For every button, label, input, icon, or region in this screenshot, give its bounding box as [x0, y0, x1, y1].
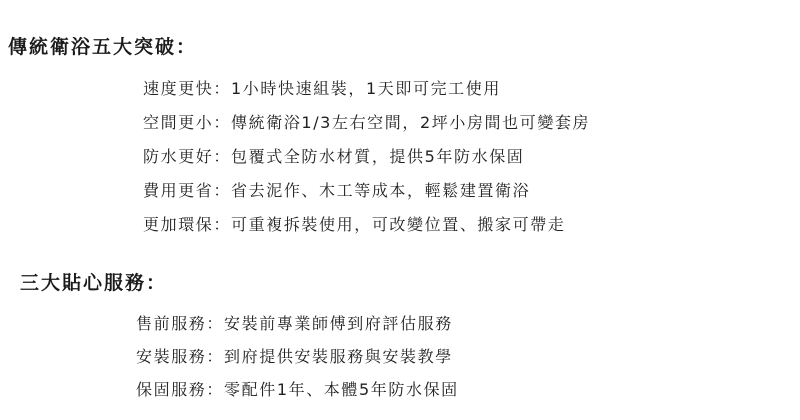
item-separator: ：: [213, 147, 231, 166]
list-item: 售前服務：安裝前專業師傅到府評估服務: [136, 316, 453, 332]
section-title-breakthroughs: 傳統衛浴五大突破：: [8, 38, 197, 57]
item-text: 省去泥作、木工等成本，輕鬆建置衛浴: [231, 181, 530, 200]
item-separator: ：: [206, 347, 224, 366]
item-text: 可重複拆裝使用，可改變位置、搬家可帶走: [231, 215, 565, 234]
item-separator: ：: [213, 215, 231, 234]
item-label: 更加環保: [143, 215, 213, 234]
item-text: 零配件1年、本體5年防水保固: [224, 380, 459, 399]
item-text: 到府提供安裝服務與安裝教學: [224, 347, 453, 366]
list-item: 保固服務：零配件1年、本體5年防水保固: [136, 382, 459, 398]
list-item: 速度更快：1小時快速組裝，1天即可完工使用: [143, 81, 501, 97]
item-label: 費用更省: [143, 181, 213, 200]
item-label: 售前服務: [136, 314, 206, 333]
item-label: 空間更小: [143, 113, 213, 132]
item-separator: ：: [206, 380, 224, 399]
item-separator: ：: [206, 314, 224, 333]
item-text: 1小時快速組裝，1天即可完工使用: [231, 79, 501, 98]
item-label: 安裝服務: [136, 347, 206, 366]
list-item: 費用更省：省去泥作、木工等成本，輕鬆建置衛浴: [143, 183, 530, 199]
item-separator: ：: [213, 181, 231, 200]
item-text: 包覆式全防水材質，提供5年防水保固: [231, 147, 524, 166]
list-item: 更加環保：可重複拆裝使用，可改變位置、搬家可帶走: [143, 217, 565, 233]
item-label: 防水更好: [143, 147, 213, 166]
list-item: 防水更好：包覆式全防水材質，提供5年防水保固: [143, 149, 524, 165]
item-label: 保固服務: [136, 380, 206, 399]
item-separator: ：: [213, 79, 231, 98]
list-item: 空間更小：傳統衛浴1/3左右空間，2坪小房間也可變套房: [143, 115, 590, 131]
list-item: 安裝服務：到府提供安裝服務與安裝教學: [136, 349, 453, 365]
section-title-services: 三大貼心服務：: [20, 274, 167, 293]
item-text: 傳統衛浴1/3左右空間，2坪小房間也可變套房: [231, 113, 590, 132]
item-text: 安裝前專業師傅到府評估服務: [224, 314, 453, 333]
item-separator: ：: [213, 113, 231, 132]
item-label: 速度更快: [143, 79, 213, 98]
